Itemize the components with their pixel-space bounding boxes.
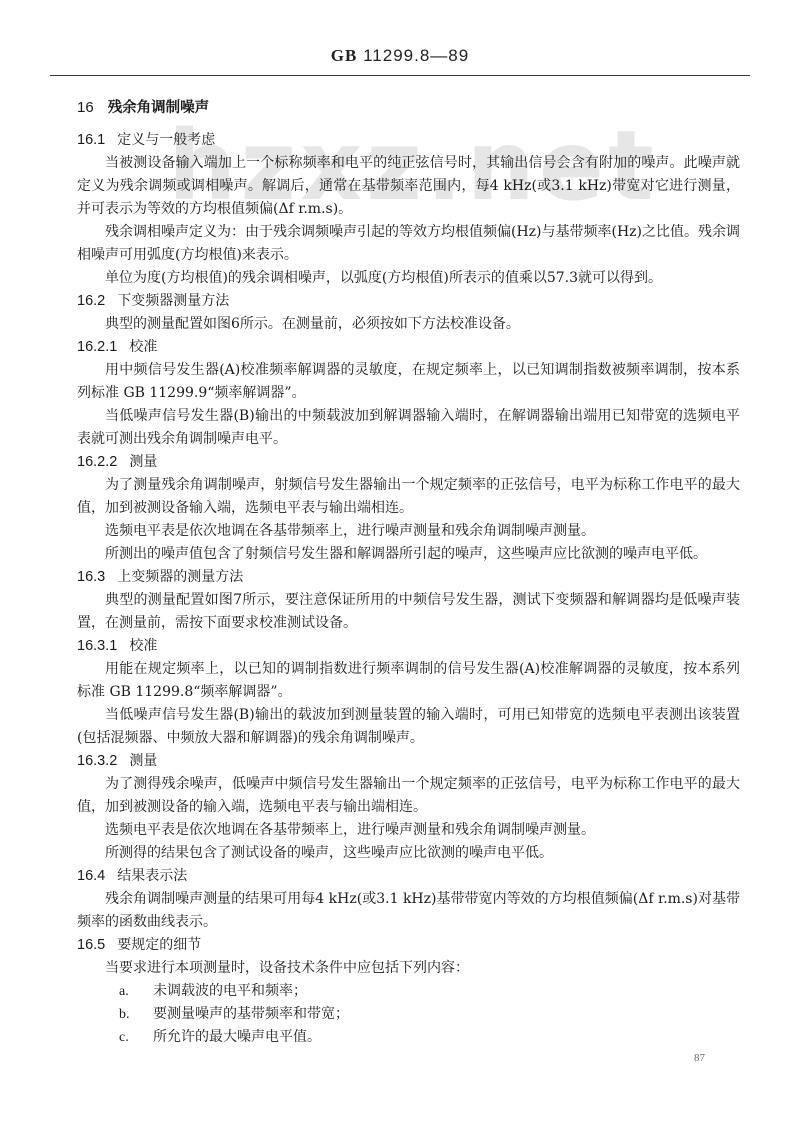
subsection-title: 上变频器的测量方法	[117, 569, 243, 585]
subsection-title: 校准	[129, 638, 157, 654]
paragraph: 残余调相噪声定义为：由于残余调频噪声引起的等效方均根值频偏(Hz)与基带频率(H…	[77, 221, 740, 267]
paragraph: 当低噪声信号发生器(B)输出的中频载波加到解调器输入端时，在解调器输出端用已知带…	[77, 405, 740, 451]
subsection-heading: 16.2.2测量	[77, 451, 740, 474]
paragraph: 当低噪声信号发生器(B)输出的载波加到测量装置的输入端时，可用已知带宽的选频电平…	[77, 704, 740, 750]
section-blocks: 16.1定义与一般考虑当被测设备输入端加上一个标称频率和电平的纯正弦信号时，其输…	[77, 129, 740, 980]
list-item: c.所允许的最大噪声电平值。	[77, 1026, 740, 1049]
page-header: GB 11299.8—89	[0, 46, 800, 66]
page-number: 87	[694, 1052, 705, 1064]
paragraph: 当要求进行本项测量时，设备技术条件中应包括下列内容：	[77, 957, 740, 980]
subsection-title: 校准	[129, 339, 157, 355]
section-number: 16	[77, 99, 94, 116]
list-item: a.未调载波的电平和频率；	[77, 980, 740, 1003]
subsection-title: 要规定的细节	[117, 937, 201, 953]
list-text: 未调载波的电平和频率；	[153, 983, 307, 999]
subsection-number: 16.1	[77, 129, 105, 152]
subsection-heading: 16.3上变频器的测量方法	[77, 566, 740, 589]
paragraph: 选频电平表是依次地调在各基带频率上，进行噪声测量和残余角调制噪声测量。	[77, 819, 740, 842]
paragraph: 用中频信号发生器(A)校准频率解调器的灵敏度，在规定频率上，以已知调制指数被频率…	[77, 359, 740, 405]
subsection-title: 结果表示法	[117, 868, 187, 884]
document-page: GB 11299.8—89 hzxz.net 16残余角调制噪声 16.1定义与…	[0, 0, 800, 1128]
paragraph: 所测得的结果包含了测试设备的噪声，这些噪声应比欲测的噪声电平低。	[77, 842, 740, 865]
list-marker: c.	[119, 1026, 143, 1049]
section-heading: 16残余角调制噪声	[77, 96, 740, 119]
paragraph: 所测出的噪声值包含了射频信号发生器和解调器所引起的噪声，这些噪声应比欲测的噪声电…	[77, 543, 740, 566]
header-rule	[50, 75, 750, 76]
subsection-title: 测量	[129, 753, 157, 769]
paragraph: 残余角调制噪声测量的结果可用每4 kHz(或3.1 kHz)基带带宽内等效的方均…	[77, 888, 740, 934]
subsection-title: 测量	[129, 454, 157, 470]
subsection-number: 16.5	[77, 934, 105, 957]
paragraph: 用能在规定频率上，以已知的调制指数进行频率调制的信号发生器(A)校准解调器的灵敏…	[77, 658, 740, 704]
subsection-heading: 16.1定义与一般考虑	[77, 129, 740, 152]
paragraph: 选频电平表是依次地调在各基带频率上，进行噪声测量和残余角调制噪声测量。	[77, 520, 740, 543]
subsection-heading: 16.4结果表示法	[77, 865, 740, 888]
paragraph: 单位为度(方均根值)的残余调相噪声，以弧度(方均根值)所表示的值乘以57.3就可…	[77, 267, 740, 290]
list-text: 所允许的最大噪声电平值。	[153, 1029, 321, 1045]
subsection-number: 16.3	[77, 566, 105, 589]
subsection-number: 16.2.1	[77, 336, 117, 359]
details-list: a.未调载波的电平和频率；b.要测量噪声的基带频率和带宽；c.所允许的最大噪声电…	[77, 980, 740, 1049]
standard-prefix: GB	[331, 46, 358, 65]
list-text: 要测量噪声的基带频率和带宽；	[153, 1006, 349, 1022]
subsection-number: 16.3.2	[77, 750, 117, 773]
subsection-title: 下变频器测量方法	[117, 293, 229, 309]
paragraph: 为了测量残余角调制噪声，射频信号发生器输出一个规定频率的正弦信号，电平为标称工作…	[77, 474, 740, 520]
body-content: 16残余角调制噪声 16.1定义与一般考虑当被测设备输入端加上一个标称频率和电平…	[77, 96, 740, 1049]
list-marker: b.	[119, 1003, 143, 1026]
subsection-number: 16.4	[77, 865, 105, 888]
subsection-heading: 16.2下变频器测量方法	[77, 290, 740, 313]
standard-number: 11299.8—89	[363, 46, 469, 65]
subsection-heading: 16.2.1校准	[77, 336, 740, 359]
section-title: 残余角调制噪声	[108, 100, 210, 116]
paragraph: 典型的测量配置如图6所示。在测量前，必须按如下方法校准设备。	[77, 313, 740, 336]
subsection-number: 16.3.1	[77, 635, 117, 658]
subsection-number: 16.2	[77, 290, 105, 313]
paragraph: 当被测设备输入端加上一个标称频率和电平的纯正弦信号时，其输出信号会含有附加的噪声…	[77, 152, 740, 221]
list-item: b.要测量噪声的基带频率和带宽；	[77, 1003, 740, 1026]
subsection-heading: 16.3.2测量	[77, 750, 740, 773]
list-marker: a.	[119, 980, 143, 1003]
subsection-title: 定义与一般考虑	[117, 132, 215, 148]
subsection-heading: 16.5要规定的细节	[77, 934, 740, 957]
paragraph: 为了测得残余噪声，低噪声中频信号发生器输出一个规定频率的正弦信号，电平为标称工作…	[77, 773, 740, 819]
subsection-heading: 16.3.1校准	[77, 635, 740, 658]
subsection-number: 16.2.2	[77, 451, 117, 474]
paragraph: 典型的测量配置如图7所示，要注意保证所用的中频信号发生器，测试下变频器和解调器均…	[77, 589, 740, 635]
